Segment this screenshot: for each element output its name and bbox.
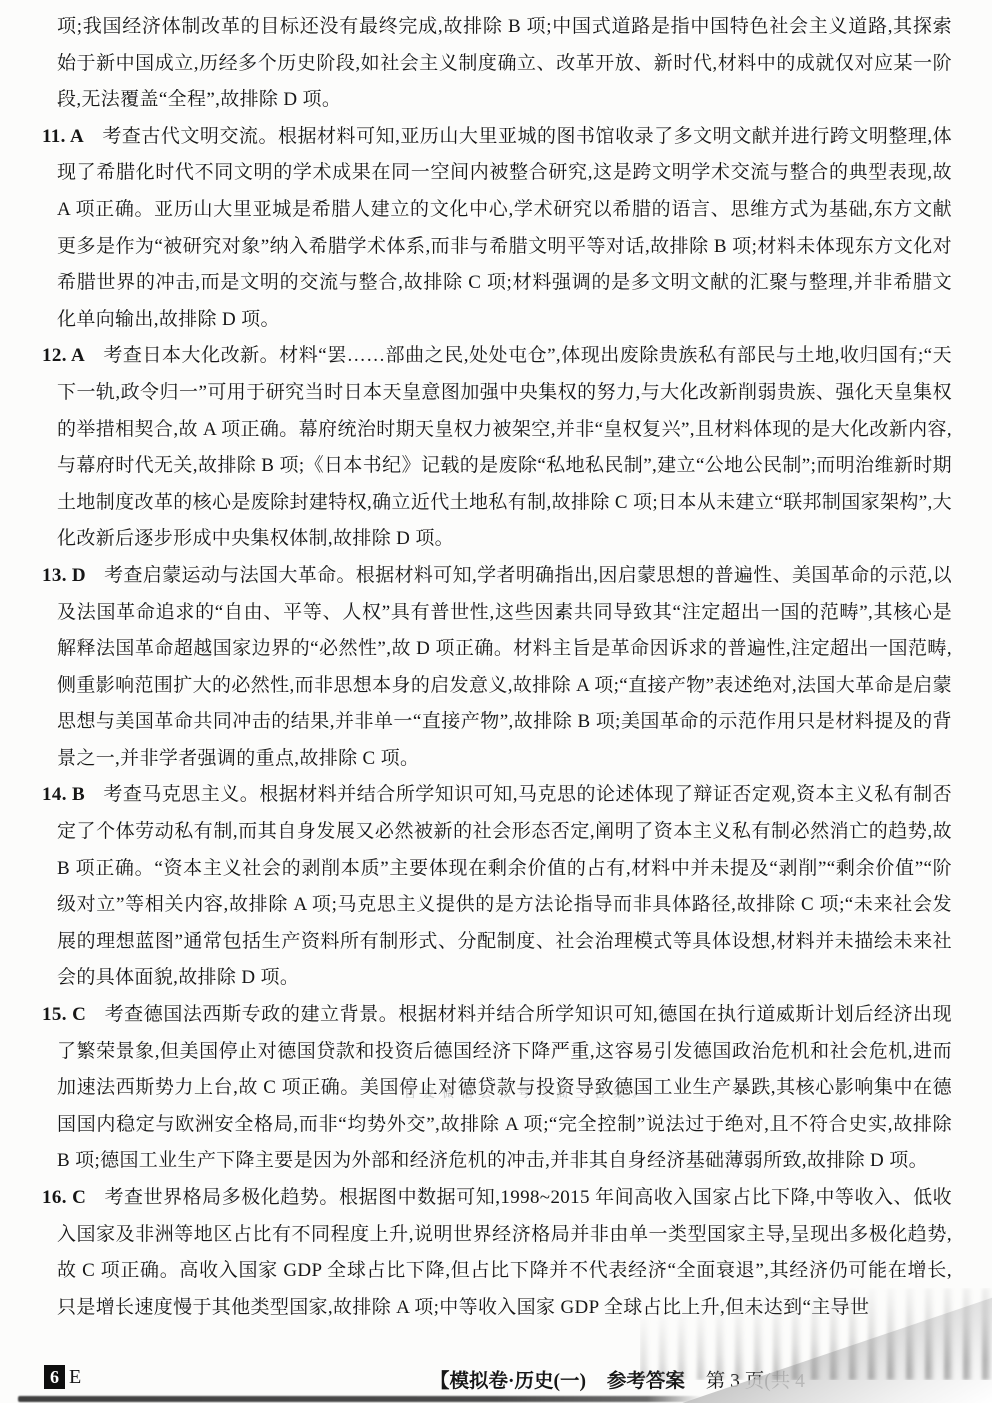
question-number-and-answer: 12. A <box>42 345 85 366</box>
answer-item: 11. A 考查古代文明交流。根据材料可知,亚历山大里亚城的图书馆收录了多文明文… <box>42 119 952 339</box>
answer-explanations: 项;我国经济体制改革的目标还没有最终完成,故排除 B 项;中国式道路是指中国特色… <box>0 9 992 1326</box>
question-number-and-answer: 13. D <box>42 565 86 586</box>
explanation-text: 考查古代文明交流。根据材料可知,亚历山大里亚城的图书馆收录了多文明文献并进行跨文… <box>57 126 952 330</box>
edition-mark: 6 E <box>44 1365 81 1389</box>
edition-letter: E <box>69 1366 81 1389</box>
answer-item: 12. A 考查日本大化改新。材料“罢……部曲之民,处处屯仓”,体现出废除贵族私… <box>42 338 952 558</box>
page-curl-streaks <box>640 1288 992 1380</box>
answer-item: 14. B 考查马克思主义。根据材料并结合所学知识可知,马克思的论述体现了辩证否… <box>42 777 952 997</box>
paper-title: 【模拟卷·历史(一) <box>430 1371 586 1392</box>
explanation-text: 考查马克思主义。根据材料并结合所学知识可知,马克思的论述体现了辩证否定观,资本主… <box>57 784 952 988</box>
answer-item: 13. D 考查启蒙运动与法国大革命。根据材料可知,学者明确指出,因启蒙思想的普… <box>42 558 952 778</box>
answer-item: 项;我国经济体制改革的目标还没有最终完成,故排除 B 项;中国式道路是指中国特色… <box>42 9 952 119</box>
explanation-text: 考查启蒙运动与法国大革命。根据材料可知,学者明确指出,因启蒙思想的普遍性、美国革… <box>57 565 952 769</box>
question-number-and-answer: 11. A <box>42 126 84 147</box>
explanation-text: 项;我国经济体制改革的目标还没有最终完成,故排除 B 项;中国式道路是指中国特色… <box>57 16 952 110</box>
photo-edge-strip <box>18 1396 702 1402</box>
explanation-text: 考查日本大化改新。材料“罢……部曲之民,处处屯仓”,体现出废除贵族私有部民与土地… <box>57 345 952 549</box>
answer-sheet-page: 项;我国经济体制改革的目标还没有最终完成,故排除 B 项;中国式道路是指中国特色… <box>0 0 992 1403</box>
question-number-and-answer: 16. C <box>42 1187 86 1208</box>
edition-code-badge: 6 <box>44 1365 65 1389</box>
question-number-and-answer: 14. B <box>42 784 85 805</box>
question-number-and-answer: 15. C <box>42 1004 86 1025</box>
watermark-text: 自发微信公众号《高三答案》 <box>404 1084 651 1101</box>
